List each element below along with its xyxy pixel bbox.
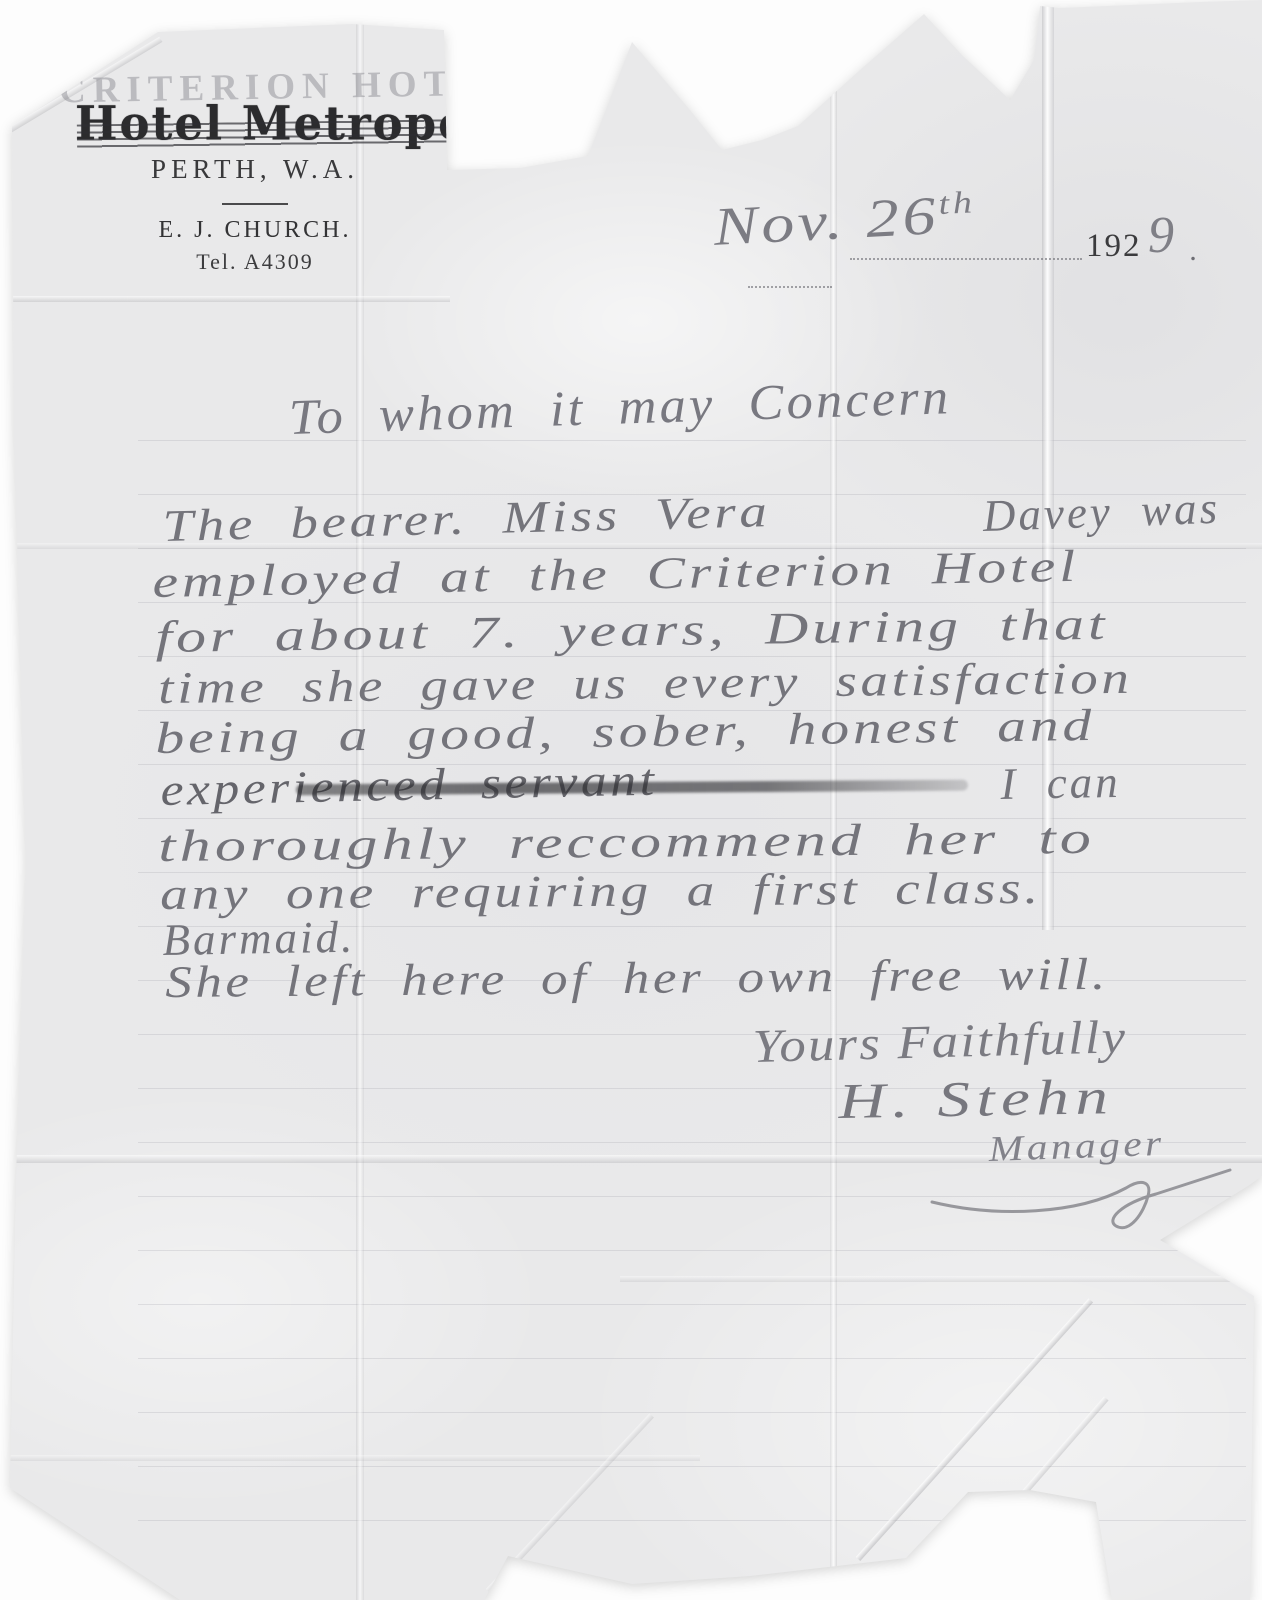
- body-line: I can: [1000, 756, 1121, 810]
- fold-crease-horizontal: [0, 1455, 700, 1461]
- year-digit-handwritten: 9: [1148, 206, 1174, 265]
- date-period: .: [1190, 234, 1198, 268]
- year-printed: 192: [1086, 228, 1142, 265]
- body-line: Davey was: [982, 482, 1221, 542]
- letterhead-telephone: Tel. A4309: [55, 249, 455, 275]
- letter-scan: CRITERION HOTEL Hotel Metropol PERTH, W.…: [0, 0, 1262, 1600]
- date-handwritten: Nov. 26th: [712, 182, 978, 258]
- fold-crease-horizontal: [620, 1276, 1262, 1282]
- fold-crease-horizontal: [0, 296, 450, 302]
- signature: H. Stehn: [838, 1067, 1115, 1130]
- body-line: She left here of her own free will.: [165, 948, 1109, 1008]
- date-dotted-line: [850, 258, 1082, 260]
- letterhead-divider: [222, 203, 288, 205]
- date-line: Nov. 26th 192 9 .: [700, 190, 1220, 310]
- letterhead-proprietor: E. J. CHURCH.: [55, 217, 455, 244]
- date-text: Nov. 26: [712, 185, 941, 257]
- scan-shadow: CRITERION HOTEL Hotel Metropol PERTH, W.…: [0, 0, 1262, 1600]
- salutation: To whom it may Concern: [288, 367, 952, 446]
- signature-flourish: [928, 1158, 1238, 1238]
- date-ordinal: th: [937, 184, 976, 221]
- letterhead-city: PERTH, W.A.: [55, 154, 455, 185]
- strikethrough-mark: [77, 119, 449, 149]
- date-dotted-line: [748, 286, 832, 288]
- valediction: Yours Faithfully: [752, 1010, 1128, 1074]
